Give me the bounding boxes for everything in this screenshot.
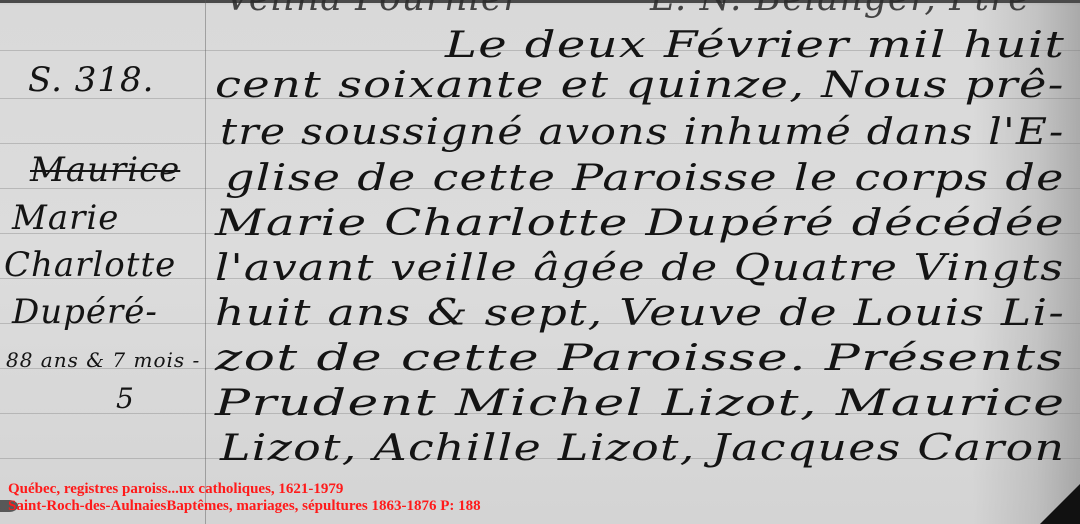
body-line-2: cent soixante et quinze, Nous prê- [215, 65, 1065, 106]
struck-name: Maurice [30, 150, 180, 190]
body-line-7: huit ans & sept, Veuve de Louis Li- [215, 293, 1065, 334]
body-line-8: zot de cette Paroisse. Présents [215, 338, 1064, 379]
caption-collection: Québec, registres paroiss...ux catholiqu… [8, 481, 481, 498]
body-line-10: Lizot, Achille Lizot, Jacques Caron [220, 428, 1065, 469]
margin-name-line-3: Dupéré- [12, 292, 158, 332]
header-fragment-left: Velina Fournier [225, 0, 521, 19]
body-line-1: Le deux Février mil huit [445, 25, 1065, 66]
margin-name-line-2: Charlotte [4, 245, 176, 285]
header-fragment-right: L. N. Bélanger, Ptre [650, 0, 1031, 19]
body-line-6: l'avant veille âgée de Quatre Vingts [215, 248, 1064, 289]
source-caption: Québec, registres paroiss...ux catholiqu… [8, 481, 481, 515]
scan-corner-shadow [1040, 484, 1080, 524]
margin-name-line-1: Marie [12, 198, 119, 238]
body-line-9: Prudent Michel Lizot, Maurice [215, 383, 1065, 424]
body-line-3: tre soussigné avons inhumé dans l'E- [220, 112, 1065, 153]
margin-day: 5 [116, 382, 135, 415]
entry-number: S. 318. [28, 60, 154, 100]
margin-age: 88 ans & 7 mois - [6, 348, 200, 372]
document-scan: Velina Fournier L. N. Bélanger, Ptre S. … [0, 0, 1080, 524]
margin-line [205, 0, 206, 524]
body-line-4: glise de cette Paroisse le corps de [225, 158, 1065, 199]
body-line-5: Marie Charlotte Dupéré décédée [215, 203, 1065, 244]
caption-parish-volume: Saint-Roch-des-AulnaiesBaptêmes, mariage… [8, 498, 481, 515]
